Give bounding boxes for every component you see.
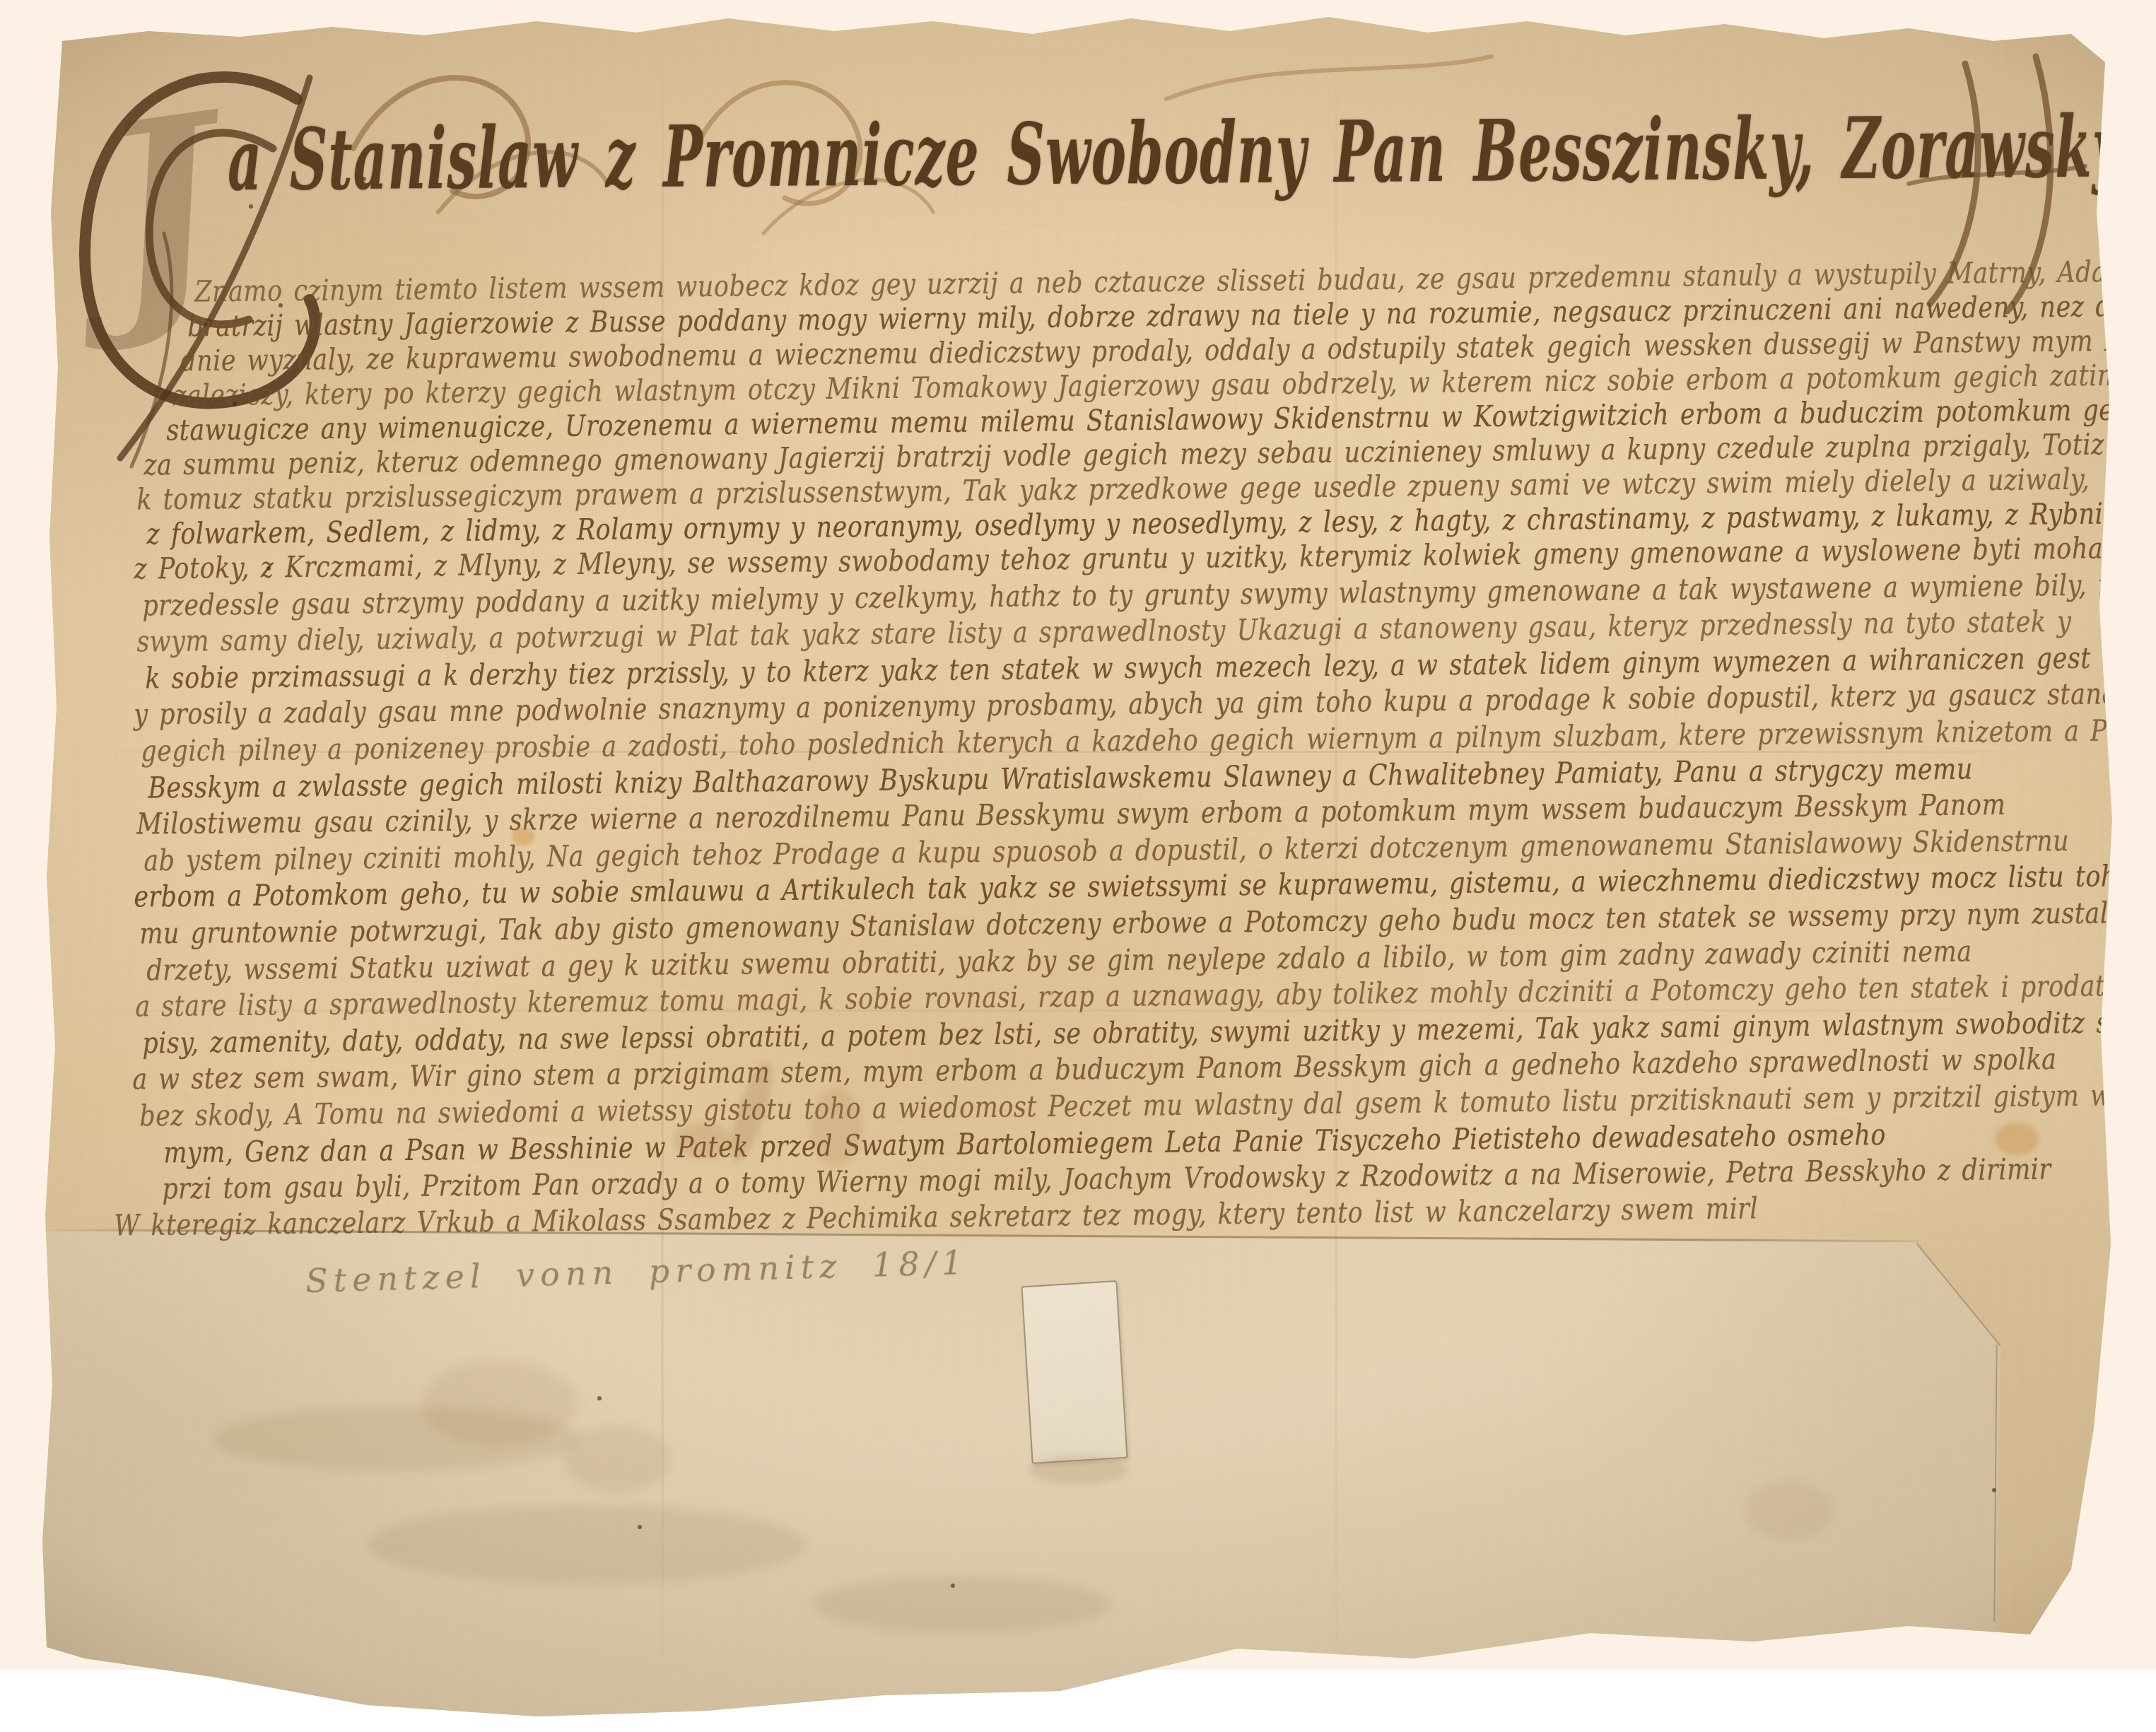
parchment-sheet: J a Stanislaw z Promnicze Swobodny Pan B… xyxy=(0,0,2156,1732)
edge-vignette xyxy=(0,0,2156,1732)
scanned-parchment-photo: J a Stanislaw z Promnicze Swobodny Pan B… xyxy=(0,0,2156,1732)
